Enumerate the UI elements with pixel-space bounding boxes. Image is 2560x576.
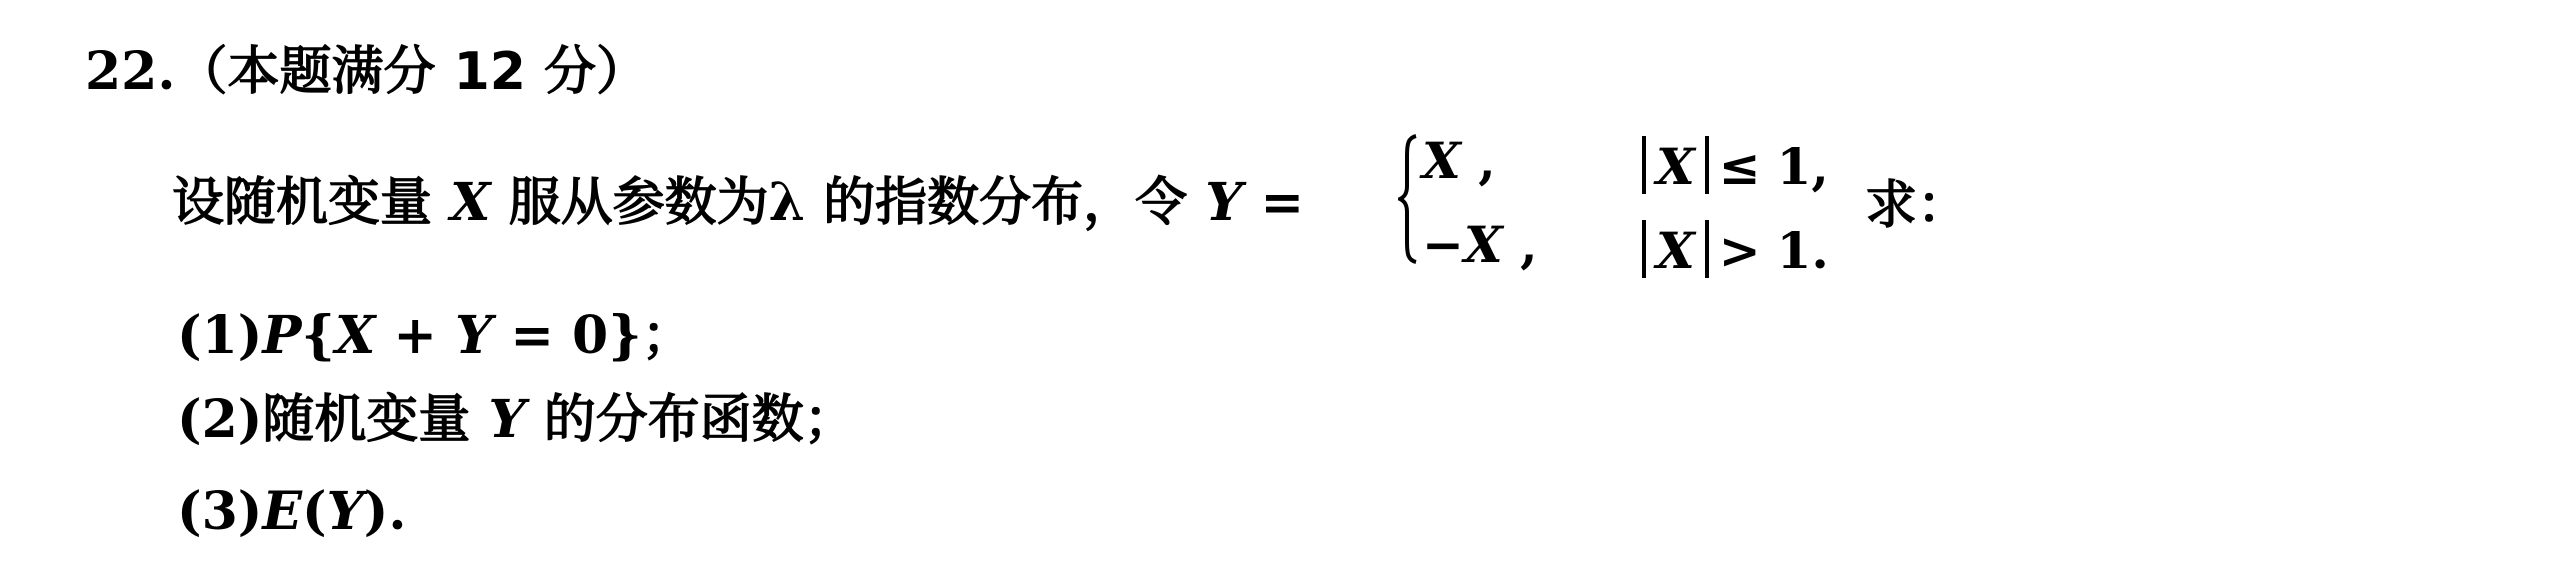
question-stem: 设随机变量 X 服从参数为λ 的指数分布，令 Y = — [172, 177, 1304, 229]
case-1-var: X — [1422, 131, 1461, 190]
sub-question-text-2: 的分布函数 — [526, 390, 804, 450]
case-1-val: 1 — [1777, 137, 1812, 196]
var-y: Y — [1205, 172, 1242, 233]
stem-text-3: 的指数分布，令 — [805, 173, 1205, 233]
stem-text-1: 设随机变量 — [172, 173, 450, 233]
left-brace-icon — [1398, 134, 1420, 264]
semicolon: ； — [804, 390, 856, 450]
sub-question-1: (1)P{X + Y = 0}； — [177, 310, 694, 362]
case-2-cond-var: X — [1656, 221, 1695, 280]
piecewise-definition: X , X≤ 1, −X , X> 1. — [1398, 128, 1878, 278]
case-2-var: X — [1464, 215, 1503, 274]
sub-question-label: (3) — [177, 481, 262, 542]
abs-bar-right — [1705, 136, 1709, 194]
lambda-symbol: λ — [769, 172, 805, 233]
case-1-cond-var: X — [1656, 137, 1695, 196]
close-brace: } — [608, 305, 641, 366]
equals-sign: = — [492, 305, 572, 366]
var-x: X — [335, 305, 375, 366]
ask-text: 求： — [1865, 180, 1969, 232]
case-2-end: . — [1811, 221, 1828, 280]
sub-question-3: (3)E(Y). — [177, 486, 406, 538]
var-y: Y — [327, 481, 364, 542]
var-y: Y — [455, 305, 492, 366]
case-1-comma: , — [1461, 131, 1496, 190]
open-paren: ( — [302, 481, 327, 542]
question-header: 22.（本题满分 12 分） — [85, 46, 648, 98]
case-2-comma: , — [1503, 215, 1538, 274]
case-1-op: ≤ — [1719, 137, 1761, 196]
score-note: （本题满分 12 分） — [175, 42, 648, 102]
abs-bar-left — [1642, 136, 1646, 194]
var-y: Y — [489, 389, 526, 450]
abs-bar-left — [1642, 220, 1646, 278]
sub-question-label: (2) — [177, 389, 262, 450]
sub-question-text-1: 随机变量 — [262, 390, 488, 450]
case-2-sign: − — [1422, 215, 1464, 274]
sub-question-label: (1) — [177, 305, 262, 366]
question-number: 22. — [85, 41, 175, 102]
case-2-op: > — [1719, 221, 1761, 280]
var-x: X — [450, 172, 490, 233]
zero: 0 — [572, 305, 608, 366]
stem-text-2: 服从参数为 — [490, 173, 768, 233]
plus-sign: + — [375, 305, 455, 366]
close-paren: ) — [364, 481, 389, 542]
case-1-end: , — [1811, 137, 1828, 196]
abs-bar-right — [1705, 220, 1709, 278]
case-2-val: 1 — [1777, 221, 1812, 280]
period: . — [388, 481, 406, 542]
open-brace: { — [302, 305, 335, 366]
prob-p: P — [262, 305, 301, 366]
sub-question-2: (2)随机变量 Y 的分布函数； — [177, 394, 856, 446]
semicolon: ； — [642, 306, 694, 366]
expectation-e: E — [262, 481, 302, 542]
equals-sign: = — [1242, 172, 1304, 233]
